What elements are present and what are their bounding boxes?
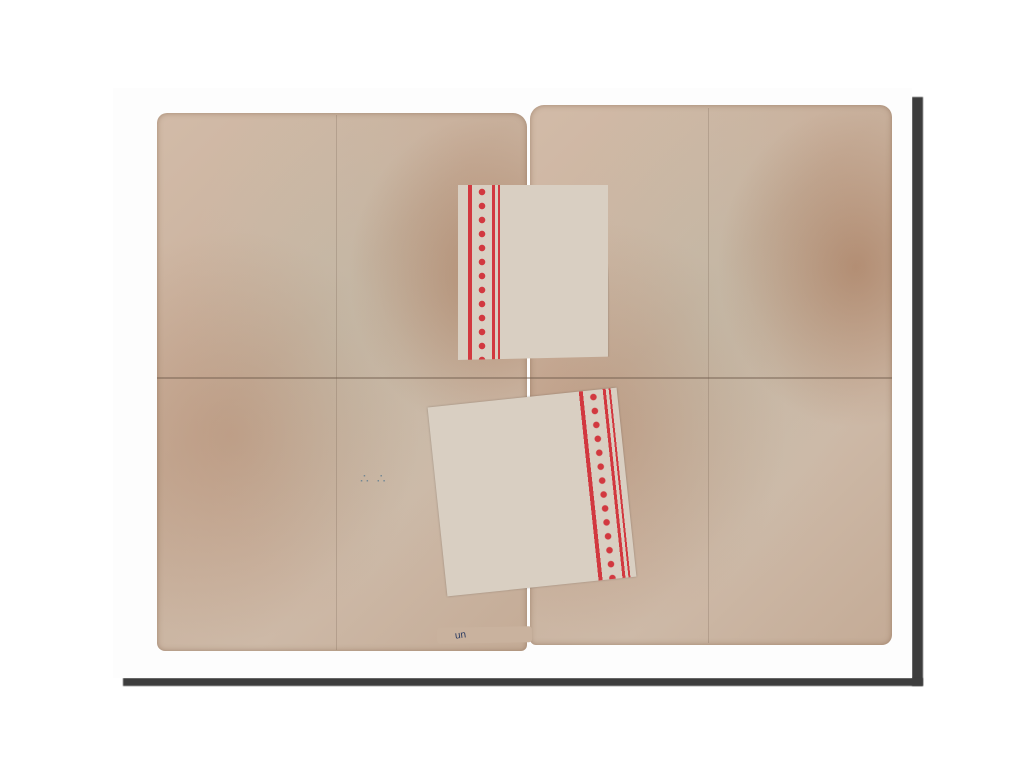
vertical-fold-line-left (336, 115, 337, 650)
torn-paper-fragment (437, 626, 532, 644)
red-selvage-border-icon (462, 185, 502, 360)
card-shadow-bottom (123, 678, 923, 686)
fragment-ink-text: un (454, 629, 467, 641)
vertical-fold-line-right (708, 108, 709, 643)
repair-tape-top (458, 185, 608, 360)
horizontal-fold-line (157, 377, 892, 379)
faint-blue-stamp-ink: ∴ ∴ (360, 470, 388, 487)
card-shadow-right (912, 97, 923, 686)
repair-tape-bottom (428, 388, 637, 597)
